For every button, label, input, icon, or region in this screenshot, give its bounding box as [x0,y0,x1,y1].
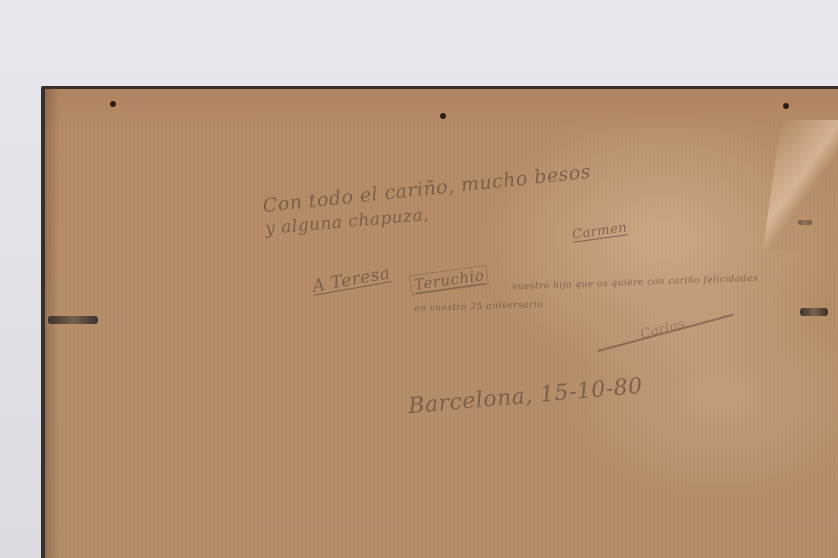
staple-mark-left [48,316,98,324]
paper-top-fold [45,89,838,131]
staple-mark-right-upper [798,220,812,225]
nail-hole-center [440,113,446,119]
staple-mark-right [800,308,828,316]
kraft-paper-backing [45,89,838,558]
nail-hole-right [783,103,789,109]
nail-hole-left [110,101,116,107]
